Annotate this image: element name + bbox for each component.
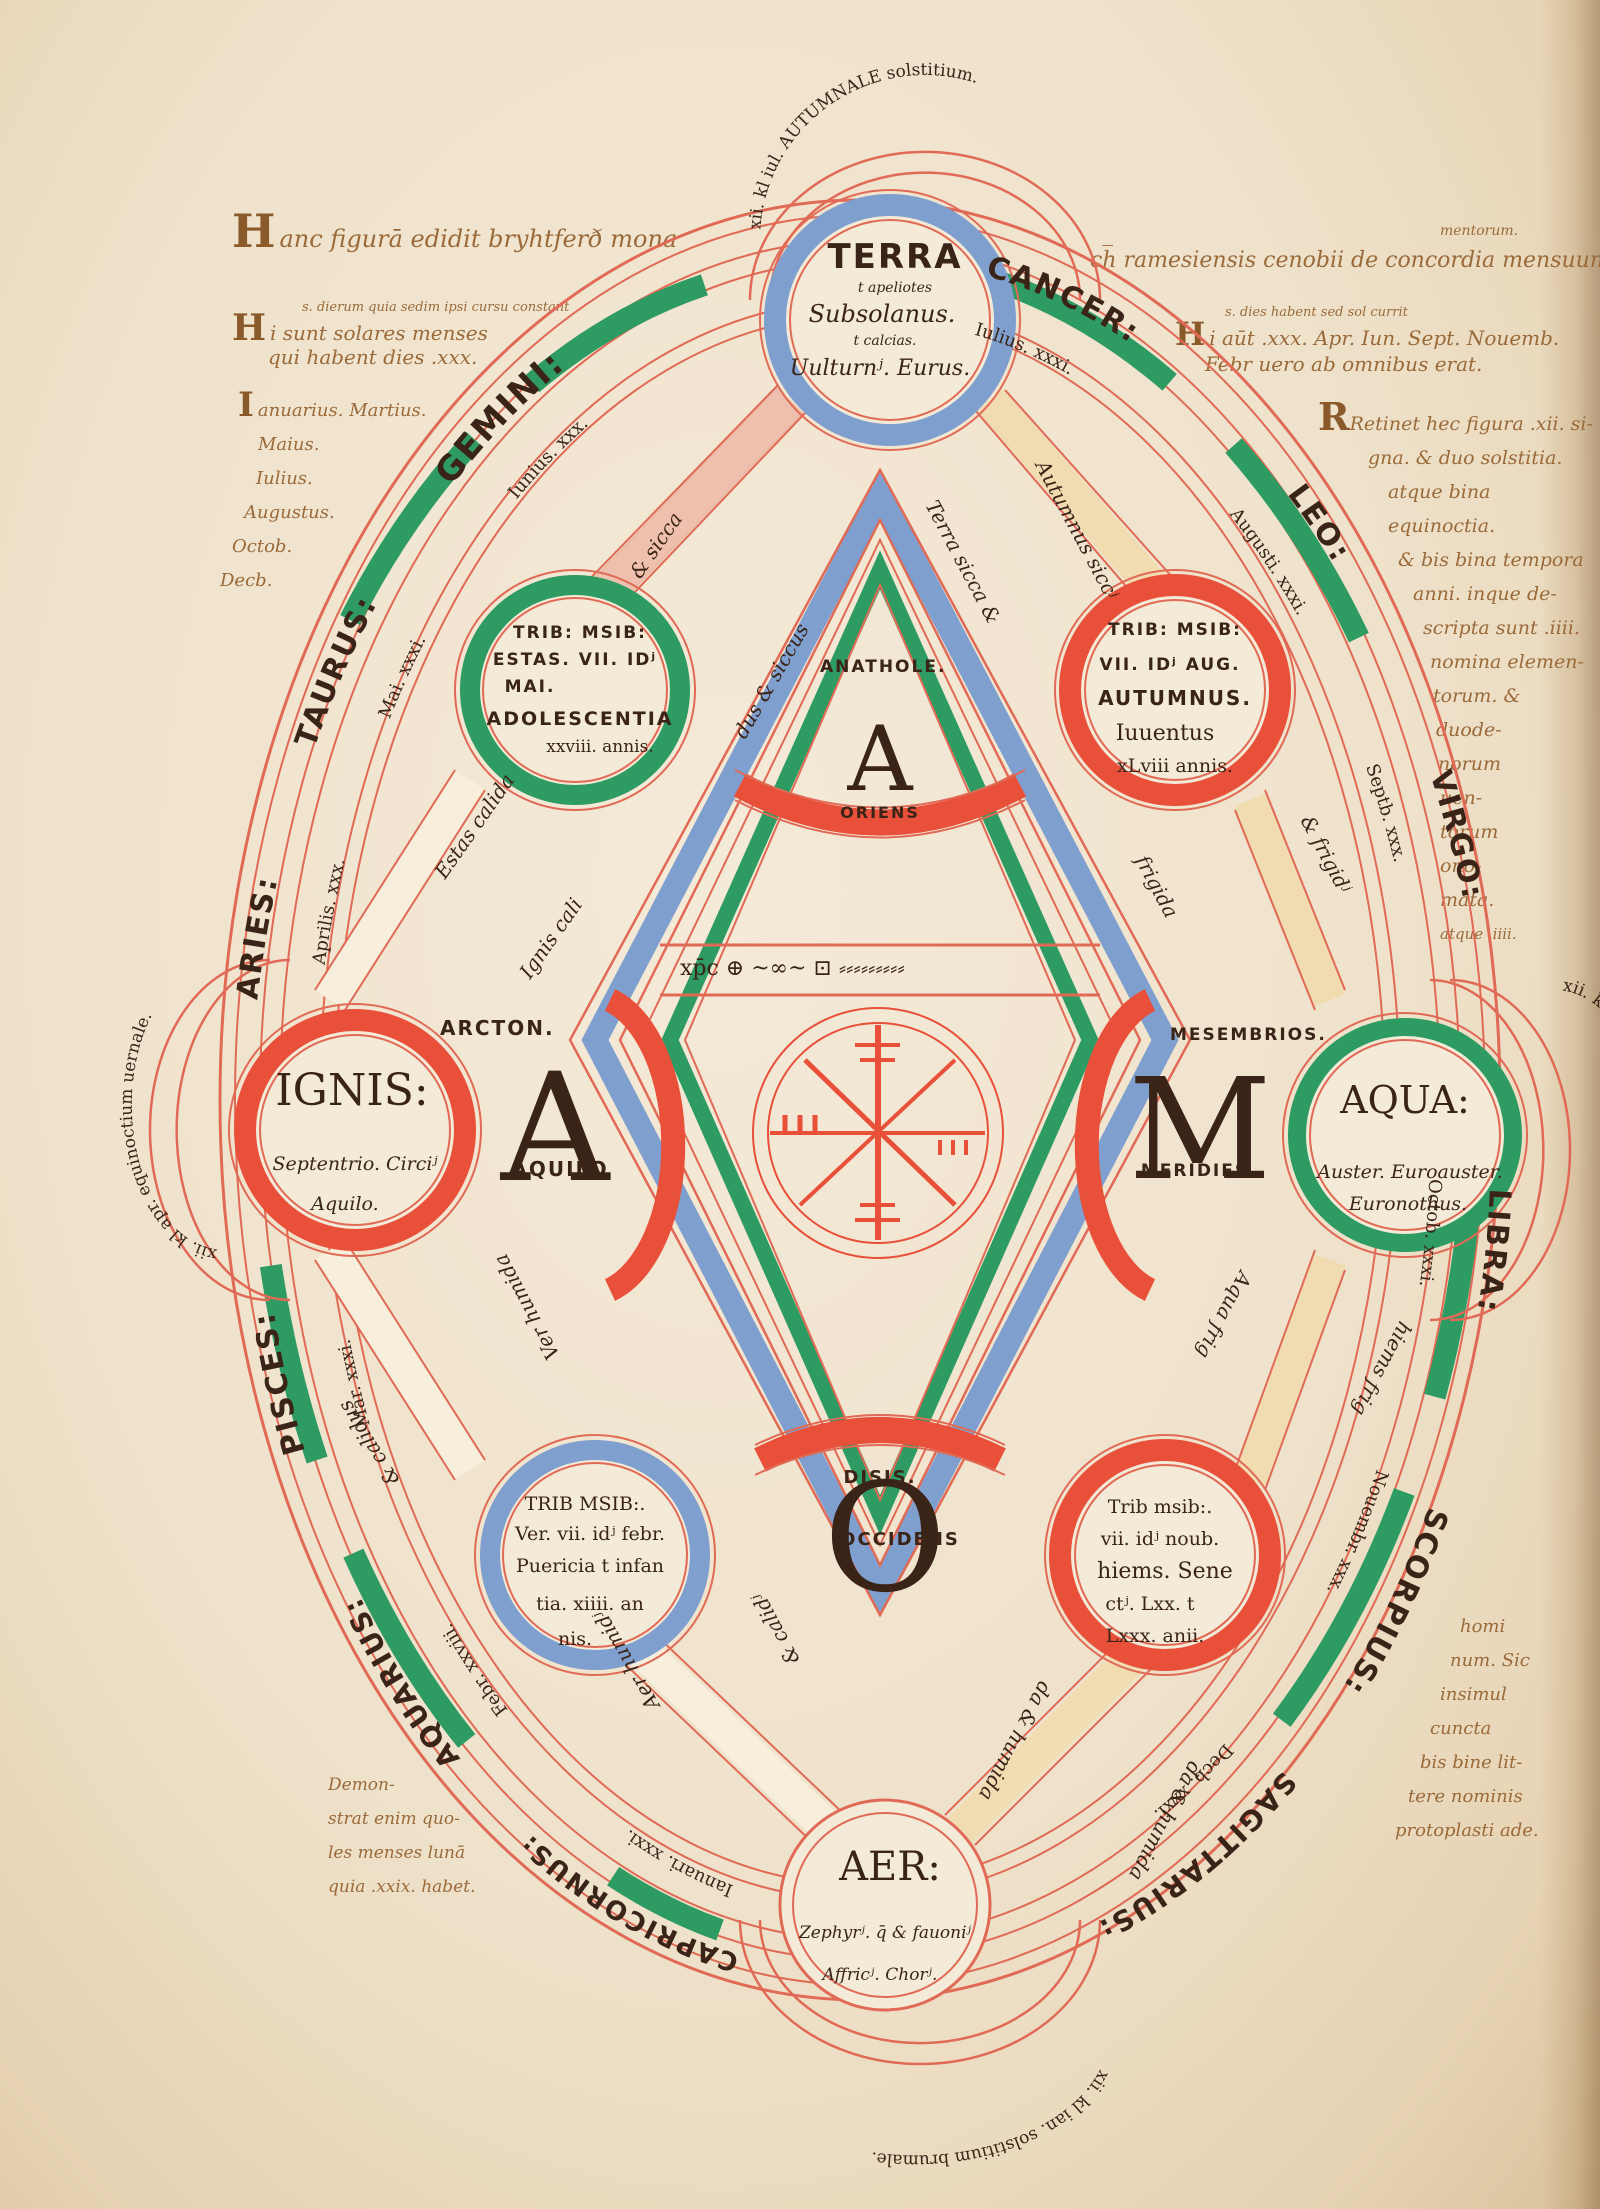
quality-label: & calidʲ: [746, 1588, 804, 1669]
season-line: ESTAS. VII. IDʲ: [493, 650, 657, 670]
svg-text:Mai. xxxi.: Mai. xxxi.: [375, 632, 431, 722]
season-line: Ver. vii. idʲ febr.: [514, 1523, 665, 1545]
svg-text:xii. kl oct. EQUINOCT.: xii. kl oct. EQUINOCT.: [1561, 976, 1600, 1149]
ignis-line1: Septentrio. Circiʲ: [273, 1153, 438, 1175]
rune-wheel: [753, 1008, 1003, 1258]
aqua-title: AQUA:: [1339, 1078, 1470, 1122]
zodiac-sign: CAPRICORNUS:: [514, 1828, 742, 1977]
season-line: AUTUMNUS.: [1098, 686, 1252, 710]
east-label: ANATHOLE.: [820, 657, 946, 677]
terra-line1: Subsolanus.: [809, 300, 956, 328]
quality-label: hiems frig: [1347, 1318, 1416, 1420]
season-line: TRIB: MSIB:: [1108, 620, 1242, 640]
equinox-label: xii. kl apr. equinoctium uernale.: [117, 1008, 219, 1264]
season-line: nis.: [558, 1628, 592, 1650]
season-line: MAI.: [505, 677, 556, 697]
month-label: Mai. xxxi.: [375, 632, 431, 722]
season-line: xLviii annis.: [1117, 755, 1233, 777]
north-letter: A: [500, 1042, 611, 1216]
zodiac-aquarius: AQUARIUS:: [336, 1592, 466, 1775]
zodiac-gemini: GEMINI:: [427, 343, 572, 492]
season-line: Iuuentus: [1116, 721, 1215, 746]
north-label: ARCTON.: [440, 1016, 555, 1040]
terra-gloss1: t apeliotes: [858, 280, 932, 296]
east-letter: A: [847, 707, 914, 812]
season-line: VII. IDʲ AUG.: [1099, 655, 1240, 675]
season-line: Trib msib:.: [1108, 1496, 1212, 1518]
svg-text:xii. kl apr. equinoctium uerna: xii. kl apr. equinoctium uernale.: [117, 1008, 219, 1264]
terra-line2: Uulturnʲ. Eurus.: [790, 356, 970, 381]
south-label: MESEMBRIOS.: [1170, 1025, 1327, 1045]
circle-summer: [455, 570, 695, 810]
aqua-line2: Euronothus.: [1348, 1193, 1467, 1215]
solstice-label: xii. kl ian. solstitium brumale.: [870, 2067, 1114, 2171]
month-label: Septb. xxx.: [1361, 761, 1410, 864]
circle-ignis: [229, 1004, 481, 1256]
month-label: Iunius. xxx.: [504, 413, 592, 503]
aer-title: AER:: [838, 1844, 941, 1890]
svg-text:Septb. xxx.: Septb. xxx.: [1361, 761, 1410, 864]
ignis-line2: Aquilo.: [309, 1193, 378, 1215]
season-line: TRIB: MSIB:: [513, 623, 647, 643]
north-word: AQUILO: [511, 1157, 608, 1181]
aer-line2: Affricʲ. Chorʲ.: [821, 1965, 938, 1985]
quality-label: & frigidʲ: [1296, 811, 1357, 898]
svg-text:Iunius. xxx.: Iunius. xxx.: [504, 413, 592, 503]
quality-label: Ignis cali: [514, 893, 587, 983]
season-line: xxviii. annis.: [546, 737, 654, 757]
east-word: ORIENS: [840, 803, 920, 822]
zodiac-virgo: VIRGO:: [1422, 766, 1490, 903]
south-word: MERIDIES: [1141, 1161, 1249, 1181]
west-word: OCCIDENS: [840, 1529, 960, 1550]
season-line: ADOLESCENTIA: [487, 708, 674, 730]
zodiac-sign: GEMINI:: [427, 343, 572, 492]
quality-label: frigida: [1130, 849, 1184, 921]
aqua-line1: Auster. Euroauster.: [1315, 1161, 1503, 1183]
south-letter: M: [1128, 1049, 1271, 1212]
byrhtferth-diagram: TERRA t apeliotes Subsolanus. t calcias.…: [0, 0, 1600, 2209]
equinox-label: xii. kl oct. EQUINOCT.: [1561, 976, 1600, 1149]
season-line: hiems. Sene: [1097, 1559, 1233, 1584]
terra-gloss2: t calcias.: [853, 333, 916, 349]
zodiac-sign: AQUARIUS:: [336, 1592, 466, 1775]
ignis-title: IGNIS:: [275, 1065, 428, 1116]
quality-label: Ver humida: [489, 1250, 565, 1364]
rune-band-text: xp̄c ⊕ ~∞~ ⊡ ⸗⸗⸗⸗⸗⸗⸗⸗⸗: [680, 956, 905, 981]
svg-text:xii. kl ian. solstitium brumal: xii. kl ian. solstitium brumale.: [870, 2067, 1114, 2171]
terra-title: TERRA: [827, 237, 962, 277]
season-line: ctʲ. Lxx. t: [1105, 1593, 1195, 1615]
season-line: Puericia t infan: [516, 1555, 664, 1577]
season-line: tia. xiiii. an: [536, 1593, 644, 1615]
aer-line1: Zephyrʲ. q̄ & fauoniʲ: [798, 1923, 972, 1943]
zodiac-sign: VIRGO:: [1422, 766, 1490, 903]
quality-label: Aqua frig: [1191, 1266, 1258, 1363]
season-line: Lxxx. anii.: [1106, 1625, 1205, 1647]
season-line: vii. idʲ noub.: [1100, 1528, 1219, 1550]
season-line: TRIB MSIB:.: [525, 1493, 646, 1515]
zodiac-capricornus: CAPRICORNUS:: [514, 1828, 742, 1977]
